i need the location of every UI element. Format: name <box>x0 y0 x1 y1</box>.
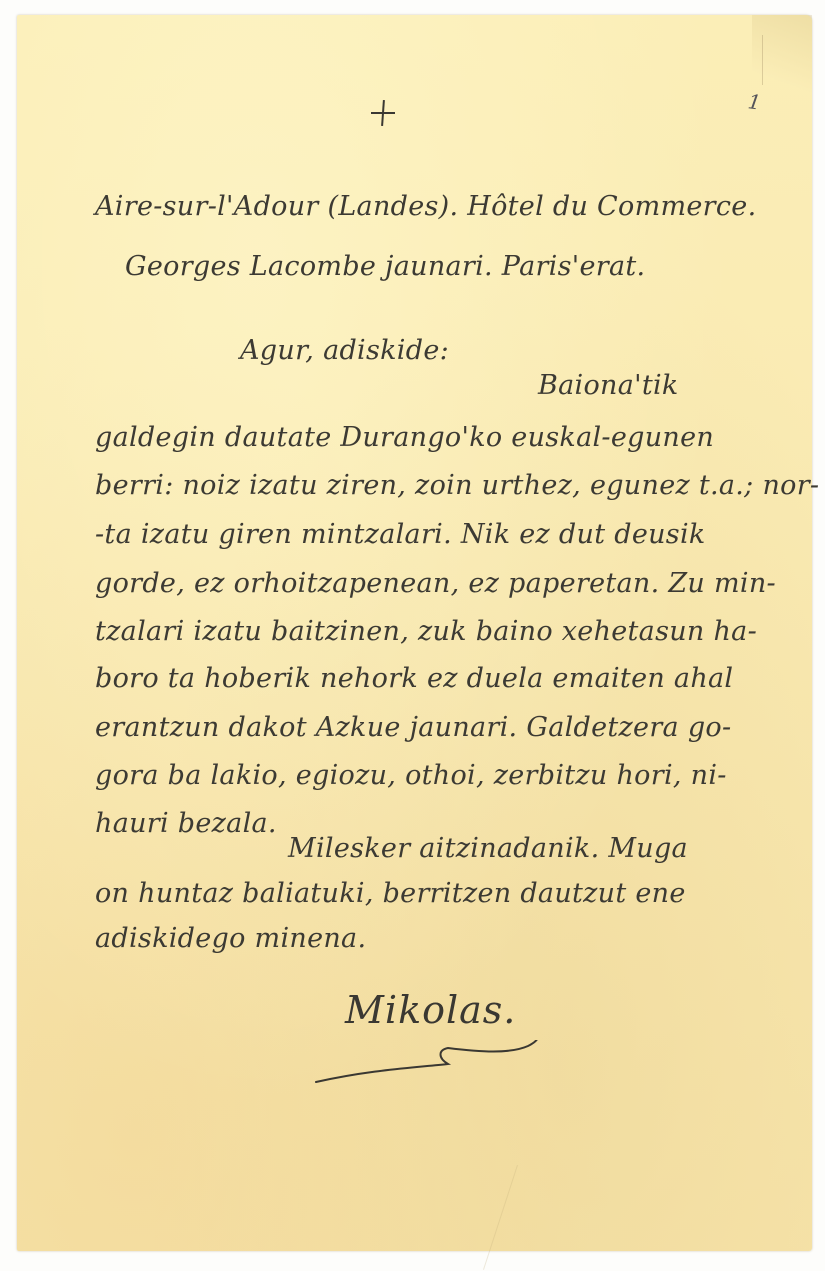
body-line: -ta izatu giren mintzalari. Nik ez dut d… <box>95 521 706 548</box>
paper-crease-lower <box>483 1165 518 1270</box>
addressee-line: Georges Lacombe jaunari. Paris'erat. <box>125 253 645 280</box>
body-line: erantzun dakot Azkue jaunari. Galdetzera… <box>95 714 731 741</box>
paper-crease <box>762 35 763 85</box>
body-line: boro ta hoberik nehork ez duela emaiten … <box>95 665 733 692</box>
body-line: gorde, ez orhoitzapenean, ez paperetan. … <box>95 570 776 597</box>
signature-flourish-icon <box>310 1040 550 1090</box>
body-line: Milesker aitzinadanik. Muga <box>288 835 688 862</box>
body-line: berri: noiz izatu ziren, zoin urthez, eg… <box>95 472 819 499</box>
body-line: Baiona'tik <box>538 372 679 399</box>
body-line: tzalari izatu baitzinen, zuk baino xehet… <box>95 618 757 645</box>
body-line: adiskidego minena. <box>95 925 366 952</box>
cross-mark-icon <box>371 98 395 126</box>
place-line: Aire-sur-l'Adour (Landes). Hôtel du Comm… <box>95 193 756 220</box>
salutation: Agur, adiskide: <box>240 337 449 364</box>
body-line: gora ba lakio, egiozu, othoi, zerbitzu h… <box>95 762 727 789</box>
body-line: galdegin dautate Durango'ko euskal-egune… <box>95 424 714 451</box>
body-line: hauri bezala. <box>95 810 277 837</box>
body-line: on huntaz baliatuki, berritzen dautzut e… <box>95 880 686 907</box>
signature: Mikolas. <box>345 988 516 1032</box>
